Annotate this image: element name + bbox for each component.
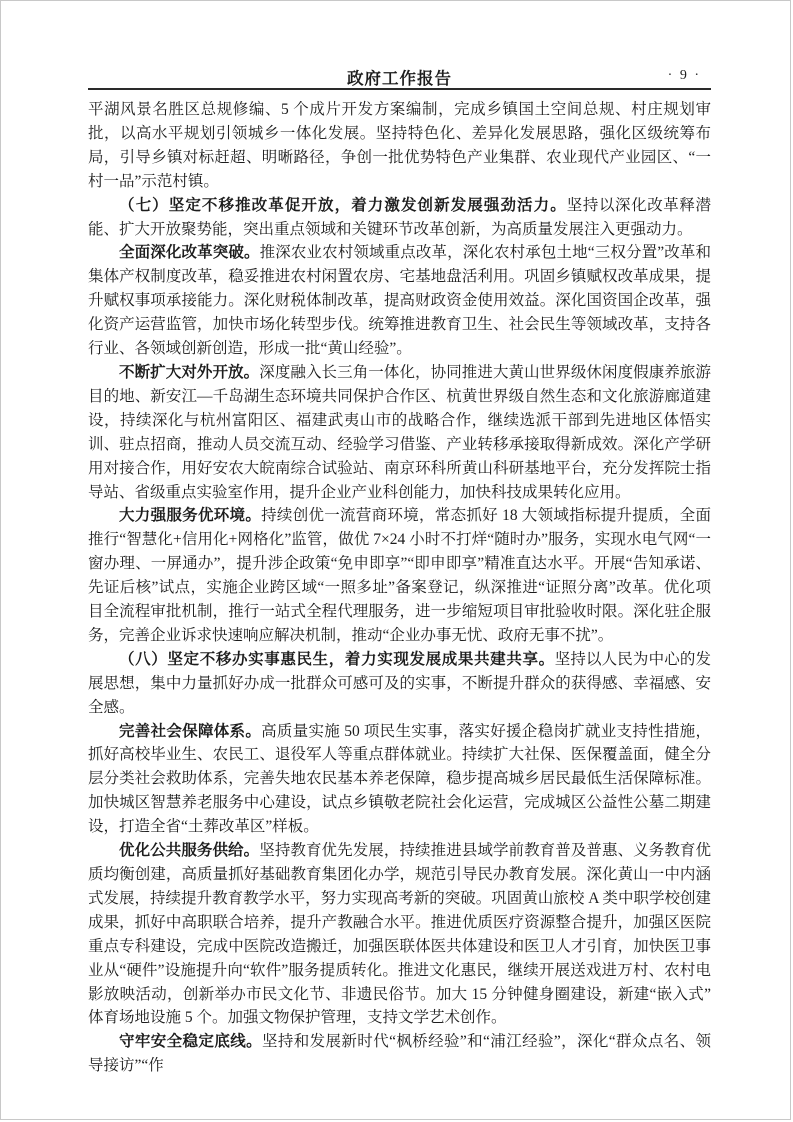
- paragraph-lead: 完善社会保障体系。: [119, 723, 261, 740]
- page-content: 政府工作报告 · 9 · 平湖风景名胜区总规修编、5 个成片开发方案编制，完成乡…: [88, 63, 711, 1078]
- paragraph: （八）坚定不移办实事惠民生，着力实现发展成果共建共享。坚持以人民为中心的发展思想…: [88, 648, 711, 720]
- paragraph-lead: 优化公共服务供给。: [119, 842, 259, 859]
- paragraph: 守牢安全稳定底线。坚持和发展新时代“枫桥经验”和“浦江经验”，深化“群众点名、领…: [88, 1030, 711, 1078]
- paragraph-lead: 守牢安全稳定底线。: [119, 1033, 262, 1050]
- paragraph-lead: 大力强服务优环境。: [119, 507, 261, 524]
- paragraph: （七）坚定不移推改革促开放，着力激发创新发展强劲活力。坚持以深化改革释潜能、扩大…: [88, 194, 711, 242]
- paragraph: 完善社会保障体系。高质量实施 50 项民生实事，落实好援企稳岗扩就业支持性措施，…: [88, 720, 711, 840]
- paragraph-lead: 全面深化改革突破。: [119, 244, 260, 261]
- paragraph: 优化公共服务供给。坚持教育优先发展，持续推进县域学前教育普及普惠、义务教育优质均…: [88, 839, 711, 1030]
- paragraph-lead: 不断扩大对外开放。: [119, 364, 259, 381]
- paragraph: 平湖风景名胜区总规修编、5 个成片开发方案编制，完成乡镇国土空间总规、村庄规划审…: [88, 98, 711, 194]
- paragraph-lead: （八）坚定不移办实事惠民生，着力实现发展成果共建共享。: [119, 651, 555, 668]
- document-body: 平湖风景名胜区总规修编、5 个成片开发方案编制，完成乡镇国土空间总规、村庄规划审…: [88, 98, 711, 1078]
- paragraph-text: 平湖风景名胜区总规修编、5 个成片开发方案编制，完成乡镇国土空间总规、村庄规划审…: [88, 101, 711, 190]
- document-page: 政府工作报告 · 9 · 平湖风景名胜区总规修编、5 个成片开发方案编制，完成乡…: [0, 0, 791, 1120]
- paragraph: 全面深化改革突破。推深农业农村领域重点改革，深化农村承包土地“三权分置”改革和集…: [88, 241, 711, 361]
- page-header-title: 政府工作报告: [347, 65, 452, 89]
- paragraph-lead: （七）坚定不移推改革促开放，着力激发创新发展强劲活力。: [119, 197, 567, 214]
- paragraph-text: 持续创优一流营商环境，常态抓好 18 大领域指标提升提质，全面推行“智慧化+信用…: [88, 507, 711, 644]
- paragraph: 大力强服务优环境。持续创优一流营商环境，常态抓好 18 大领域指标提升提质，全面…: [88, 504, 711, 647]
- page-number: · 9 ·: [668, 68, 701, 84]
- paragraph-text: 深度融入长三角一体化，协同推进大黄山世界级休闲度假康养旅游目的地、新安江—千岛湖…: [88, 364, 711, 501]
- paragraph: 不断扩大对外开放。深度融入长三角一体化，协同推进大黄山世界级休闲度假康养旅游目的…: [88, 361, 711, 504]
- page-header: 政府工作报告 · 9 ·: [88, 63, 711, 88]
- paragraph-text: 坚持教育优先发展，持续推进县域学前教育普及普惠、义务教育优质均衡创建，高质量抓好…: [88, 842, 711, 1026]
